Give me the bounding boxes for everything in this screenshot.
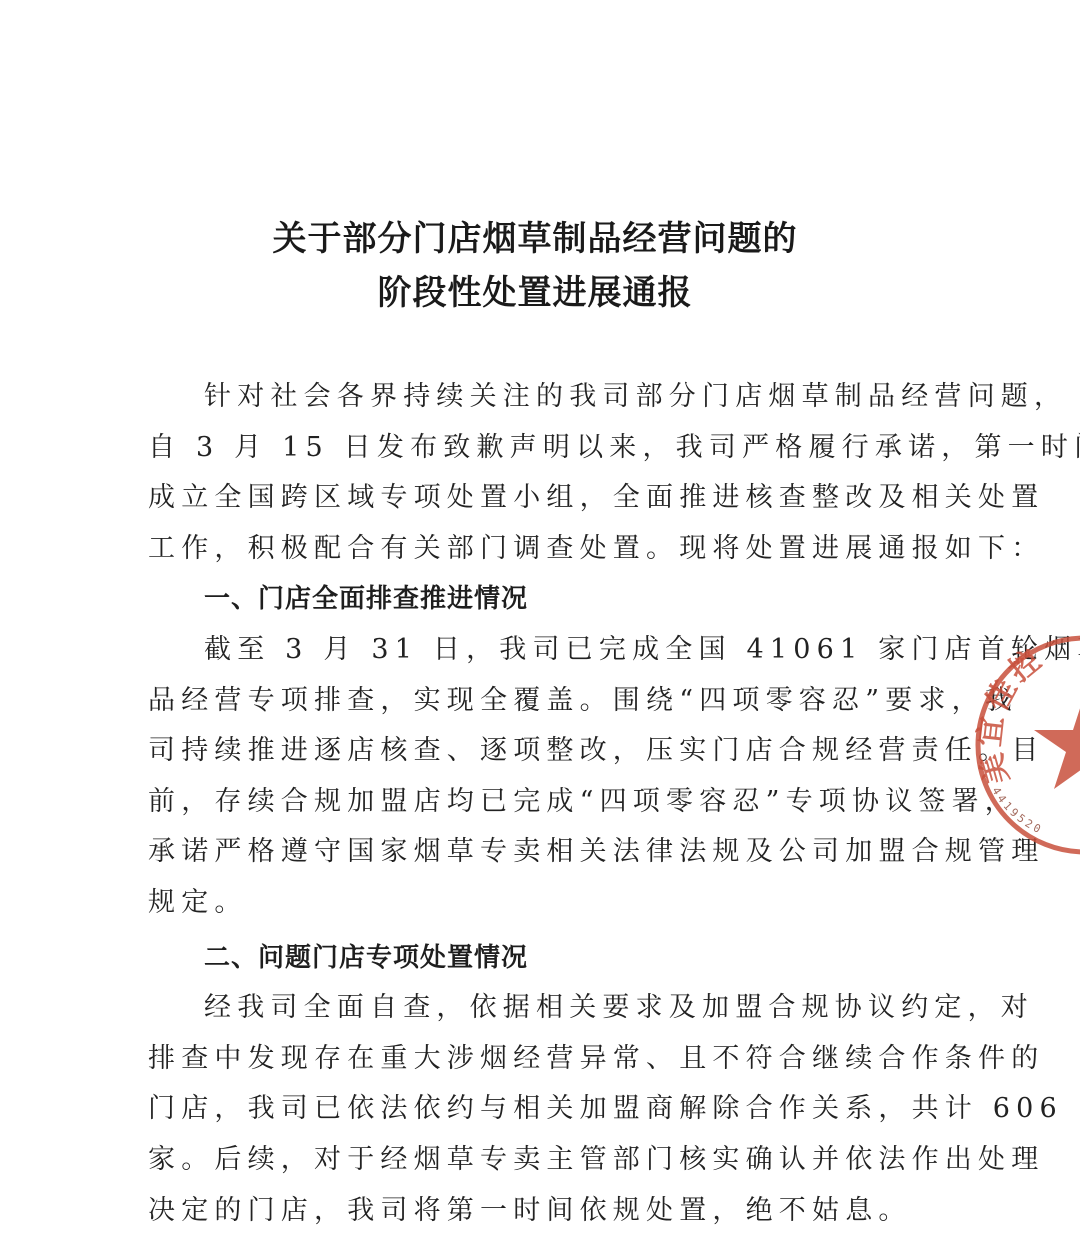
text-line: 品经营专项排查，实现全覆盖。围绕“四项零容忍”要求，我	[148, 676, 948, 727]
section-heading: 二、问题门店专项处置情况	[148, 933, 948, 984]
text-line: 家。后续，对于经烟草专卖主管部门核实确认并依法作出处理	[148, 1135, 948, 1186]
text-line: 针对社会各界持续关注的我司部分门店烟草制品经营问题，	[148, 372, 948, 423]
intro-paragraph: 针对社会各界持续关注的我司部分门店烟草制品经营问题， 自 3 月 15 日发布致…	[148, 372, 948, 574]
text-line: 门店，我司已依法依约与相关加盟商解除合作关系，共计 606	[148, 1084, 948, 1135]
document-page: 关于部分门店烟草制品经营问题的 阶段性处置进展通报 针对社会各界持续关注的我司部…	[0, 0, 1080, 1257]
document-body: 针对社会各界持续关注的我司部分门店烟草制品经营问题， 自 3 月 15 日发布致…	[148, 372, 948, 1236]
section-heading: 一、门店全面排查推进情况	[148, 574, 948, 625]
text-line: 决定的门店，我司将第一时间依规处置，绝不姑息。	[148, 1186, 948, 1237]
text-line: 工作，积极配合有关部门调查处置。现将处置进展通报如下：	[148, 524, 948, 575]
text-line: 经我司全面自查，依据相关要求及加盟合规协议约定，对	[148, 983, 948, 1034]
text-line: 规定。	[148, 878, 948, 929]
text-line: 司持续推进逐店核查、逐项整改，压实门店合规经营责任。目	[148, 726, 948, 777]
text-line: 成立全国跨区域专项处置小组，全面推进核查整改及相关处置	[148, 473, 948, 524]
text-line: 截至 3 月 31 日，我司已完成全国 41061 家门店首轮烟草制	[148, 625, 948, 676]
text-line: 自 3 月 15 日发布致歉声明以来，我司严格履行承诺，第一时间	[148, 423, 948, 474]
section-1: 一、门店全面排查推进情况 截至 3 月 31 日，我司已完成全国 41061 家…	[148, 574, 948, 928]
company-seal: 美宜佳控 4419520	[970, 630, 1080, 860]
title-line-1: 关于部分门店烟草制品经营问题的	[0, 212, 1070, 266]
document-title: 关于部分门店烟草制品经营问题的 阶段性处置进展通报	[0, 212, 1070, 320]
seal-text: 美宜佳控	[972, 640, 1051, 787]
text-line: 承诺严格遵守国家烟草专卖相关法律法规及公司加盟合规管理	[148, 827, 948, 878]
svg-text:美宜佳控: 美宜佳控	[972, 640, 1051, 787]
text-line: 前，存续合规加盟店均已完成“四项零容忍”专项协议签署，	[148, 777, 948, 828]
section-2: 二、问题门店专项处置情况 经我司全面自查，依据相关要求及加盟合规协议约定，对 排…	[148, 933, 948, 1237]
star-icon	[1034, 693, 1080, 789]
title-line-2: 阶段性处置进展通报	[0, 266, 1070, 320]
text-line: 排查中发现存在重大涉烟经营异常、且不符合继续合作条件的	[148, 1034, 948, 1085]
